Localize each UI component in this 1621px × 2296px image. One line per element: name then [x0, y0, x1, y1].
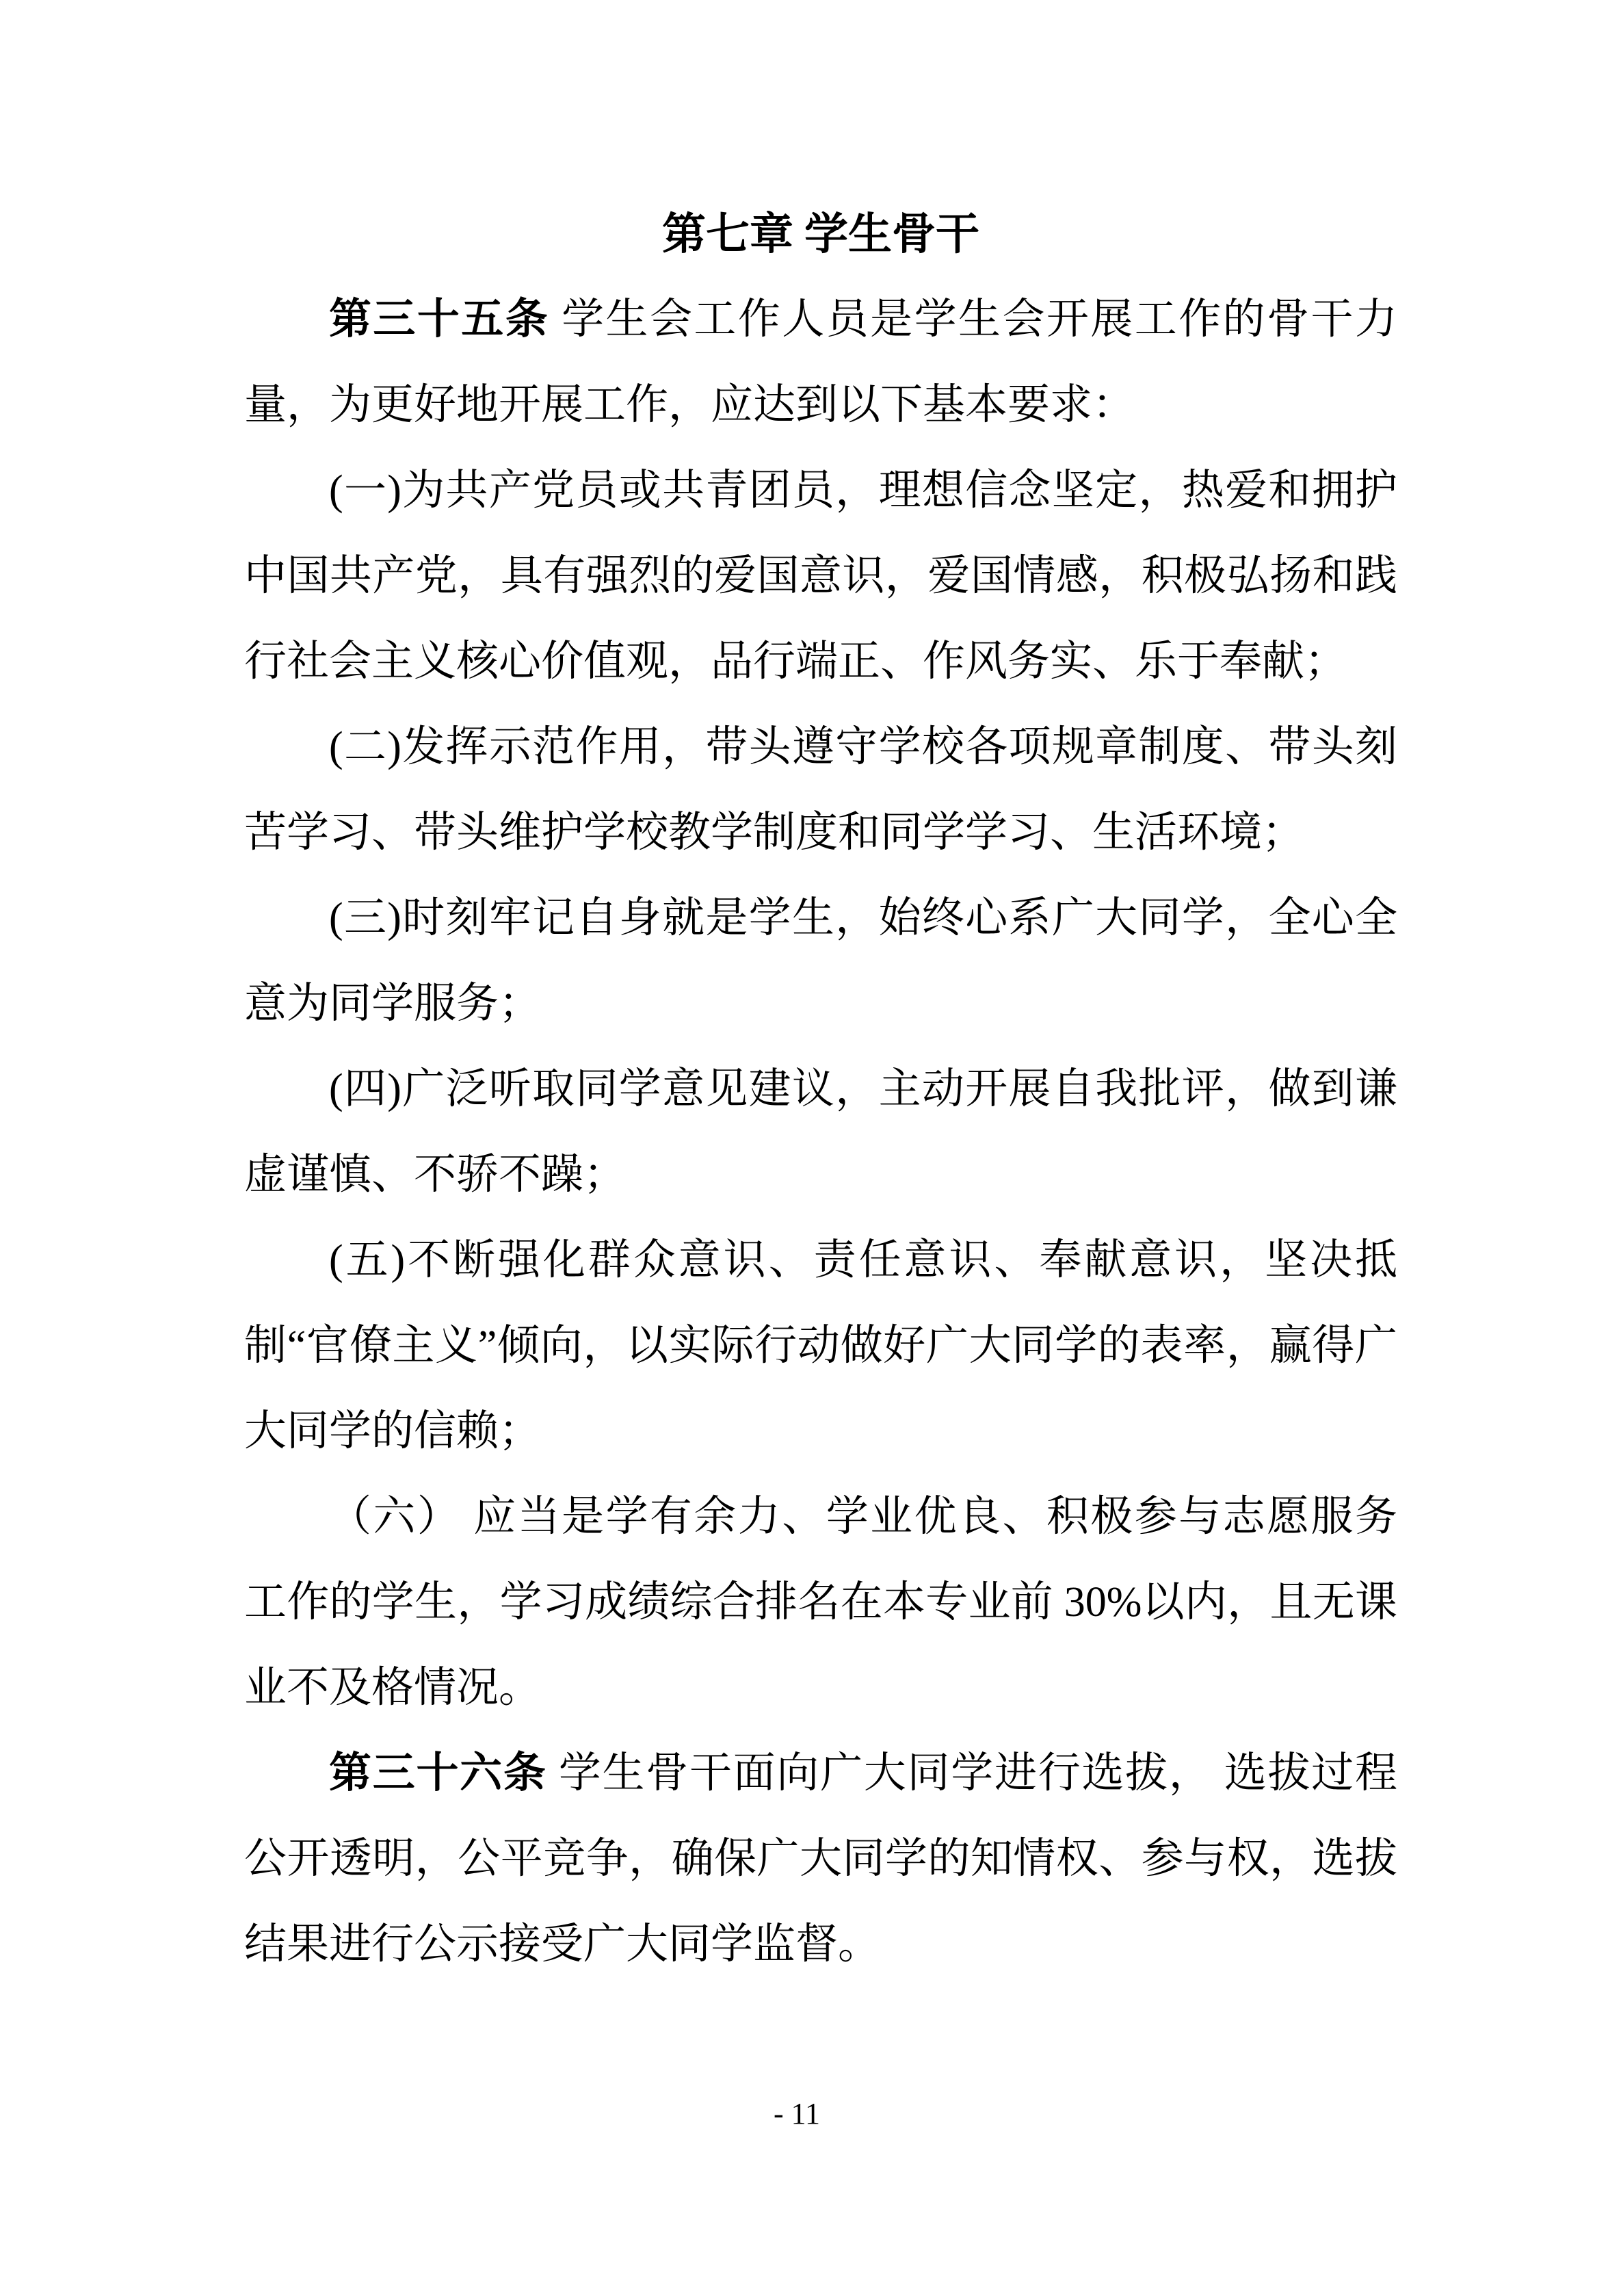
- requirement-item-1: (一)为共产党员或共青团员，理想信念坚定，热爱和拥护中国共产党，具有强烈的爱国意…: [244, 448, 1397, 705]
- article-36-paragraph: 第三十六条 学生骨干面向广大同学进行选拔， 选拔过程公开透明，公平竞争，确保广大…: [244, 1731, 1397, 1987]
- chapter-title: 第七章 学生骨干: [244, 192, 1397, 277]
- article-36-term: 第三十六条: [329, 1750, 547, 1797]
- document-page: 第七章 学生骨干 第三十五条 学生会工作人员是学生会开展工作的骨干力量，为更好地…: [0, 0, 1621, 2296]
- requirement-item-5: (五)不断强化群众意识、责任意识、奉献意识，坚决抵制“官僚主义”倾向，以实际行动…: [244, 1218, 1397, 1474]
- document-content: 第七章 学生骨干 第三十五条 学生会工作人员是学生会开展工作的骨干力量，为更好地…: [244, 192, 1397, 1987]
- requirement-item-6: （六） 应当是学有余力、学业优良、积极参与志愿服务工作的学生，学习成绩综合排名在…: [244, 1474, 1397, 1731]
- requirement-item-3: (三)时刻牢记自身就是学生，始终心系广大同学，全心全意为同学服务；: [244, 876, 1397, 1047]
- article-35-paragraph: 第三十五条 学生会工作人员是学生会开展工作的骨干力量，为更好地开展工作，应达到以…: [244, 277, 1397, 448]
- requirement-item-4: (四)广泛听取同学意见建议，主动开展自我批评，做到谦虚谨慎、不骄不躁；: [244, 1047, 1397, 1218]
- requirement-item-2: (二)发挥示范作用，带头遵守学校各项规章制度、带头刻苦学习、带头维护学校教学制度…: [244, 705, 1397, 876]
- page-number: - 11: [0, 2092, 1621, 2136]
- article-35-term: 第三十五条: [329, 296, 549, 343]
